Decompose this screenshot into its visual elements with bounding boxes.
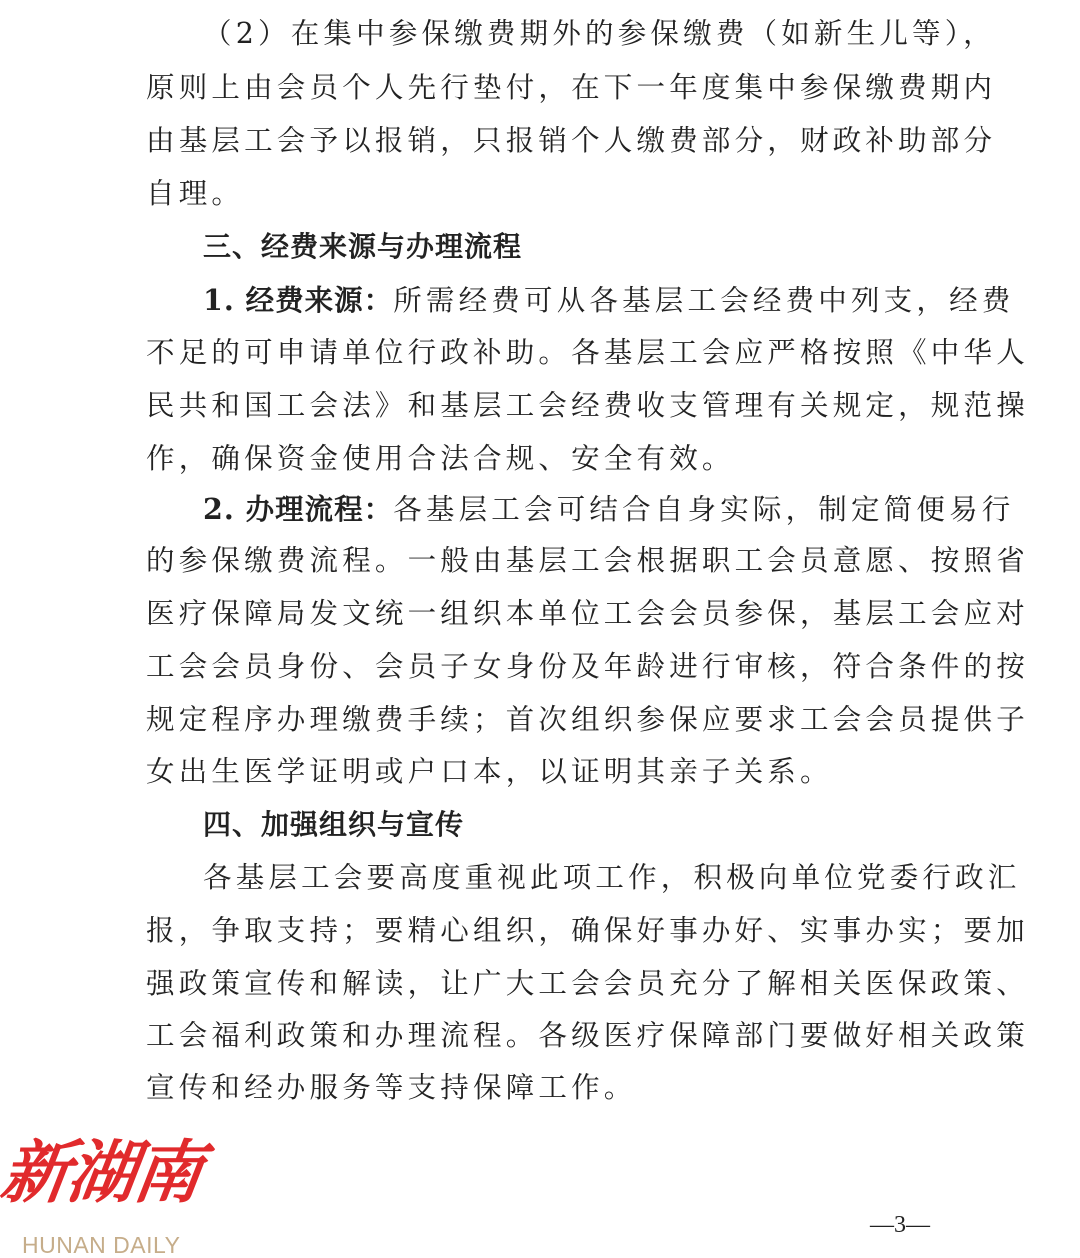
paragraph-line: 医疗保障局发文统一组织本单位工会会员参保，基层工会应对: [146, 588, 946, 640]
paragraph-line: 各基层工会要高度重视此项工作，积极向单位党委行政汇: [203, 852, 943, 904]
paragraph-line: 作，确保资金使用合法合规、安全有效。: [146, 433, 946, 485]
paragraph-line: 强政策宣传和解读，让广大工会会员充分了解相关医保政策、: [146, 958, 946, 1010]
item-1-first-line: 1. 经费来源：所需经费可从各基层工会经费中列支，经费: [203, 274, 943, 327]
paragraph-line: 工会福利政策和办理流程。各级医疗保障部门要做好相关政策: [146, 1010, 946, 1062]
section-heading-4: 四、加强组织与宣传: [203, 799, 943, 851]
paragraph-line: 不足的可申请单位行政补助。各基层工会应严格按照《中华人: [146, 327, 946, 379]
section-heading-3: 三、经费来源与办理流程: [203, 221, 943, 273]
paragraph-line: （2）在集中参保缴费期外的参保缴费（如新生儿等），: [203, 8, 943, 60]
item-2-first-line: 2. 办理流程：各基层工会可结合自身实际，制定简便易行: [203, 483, 943, 536]
item-1-text: 所需经费可从各基层工会经费中列支，经费: [393, 284, 1014, 317]
item-2-lead: 2. 办理流程：: [203, 492, 393, 526]
item-1-lead: 1. 经费来源：: [203, 283, 393, 317]
hunan-daily-logo: 新湖南: [0, 1128, 228, 1218]
paragraph-line: 工会会员身份、会员子女身份及年龄进行审核，符合条件的按: [146, 641, 946, 693]
paragraph-line: 民共和国工会法》和基层工会经费收支管理有关规定，规范操: [146, 380, 946, 432]
paragraph-line: 报，争取支持；要精心组织，确保好事办好、实事办实；要加: [146, 905, 946, 957]
page-number: —3—: [870, 1210, 930, 1240]
document-page: （2）在集中参保缴费期外的参保缴费（如新生儿等）， 原则上由会员个人先行垫付，在…: [0, 0, 1080, 1258]
paragraph-line: 规定程序办理缴费手续；首次组织参保应要求工会会员提供子: [146, 694, 946, 746]
item-2-text: 各基层工会可结合自身实际，制定简便易行: [393, 493, 1014, 526]
hunan-daily-wordmark: HUNAN DAILY: [22, 1232, 180, 1258]
paragraph-line: 女出生医学证明或户口本，以证明其亲子关系。: [146, 746, 946, 798]
paragraph-line: 宣传和经办服务等支持保障工作。: [146, 1062, 946, 1114]
paragraph-line: 由基层工会予以报销，只报销个人缴费部分，财政补助部分: [146, 115, 946, 167]
paragraph-line: 原则上由会员个人先行垫付，在下一年度集中参保缴费期内: [146, 62, 946, 114]
paragraph-line: 自理。: [146, 168, 946, 220]
paragraph-line: 的参保缴费流程。一般由基层工会根据职工会员意愿、按照省: [146, 535, 946, 587]
